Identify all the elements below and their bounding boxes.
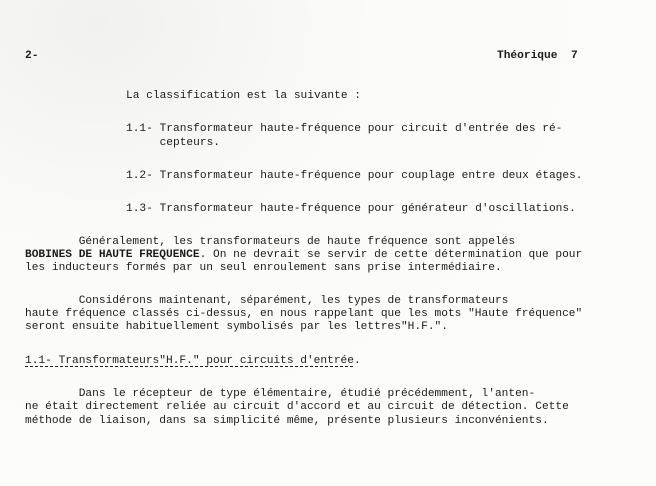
document-page: 2- Théorique 7 La classification est la … (0, 0, 656, 486)
list-item: 1.2- Transformateur haute-fréquence pour… (126, 170, 583, 183)
paragraph-line: les inducteurs formés par un seul enroul… (25, 262, 502, 275)
paragraph-line: méthode de liaison, dans sa simplicité m… (25, 415, 549, 428)
list-item: 1.1- Transformateur haute-fréquence pour… (126, 123, 562, 136)
paragraph-line: Généralement, les transformateurs de hau… (25, 236, 515, 249)
paragraph-line: Considérons maintenant, séparément, les … (25, 295, 508, 308)
section-heading-terminal: . (354, 355, 361, 367)
paragraph-line: Dans le récepteur de type élémentaire, é… (25, 388, 535, 401)
paragraph-line: ne était directement reliée au circuit d… (25, 401, 569, 414)
paragraph-text: . On ne devrait se servir de cette déter… (200, 249, 583, 261)
list-item: 1.3- Transformateur haute-fréquence pour… (126, 203, 576, 216)
paragraph-line: BOBINES DE HAUTE FREQUENCE. On ne devrai… (25, 249, 582, 262)
page-section-number: 2- (25, 50, 38, 63)
paragraph-line: seront ensuite habituellement symbolisés… (25, 321, 448, 334)
bold-term: BOBINES DE HAUTE FREQUENCE (25, 249, 200, 261)
intro-line: La classification est la suivante : (126, 90, 361, 103)
section-heading-text: 1.1- Transformateurs"H.F." pour circuits… (25, 355, 354, 367)
list-item-continuation: cepteurs. (126, 137, 220, 150)
chapter-label: Théorique (497, 50, 557, 63)
page-number: 7 (571, 50, 578, 63)
section-heading: 1.1- Transformateurs"H.F." pour circuits… (25, 355, 361, 368)
paragraph-line: haute fréquence classés ci-dessus, en no… (25, 308, 582, 321)
